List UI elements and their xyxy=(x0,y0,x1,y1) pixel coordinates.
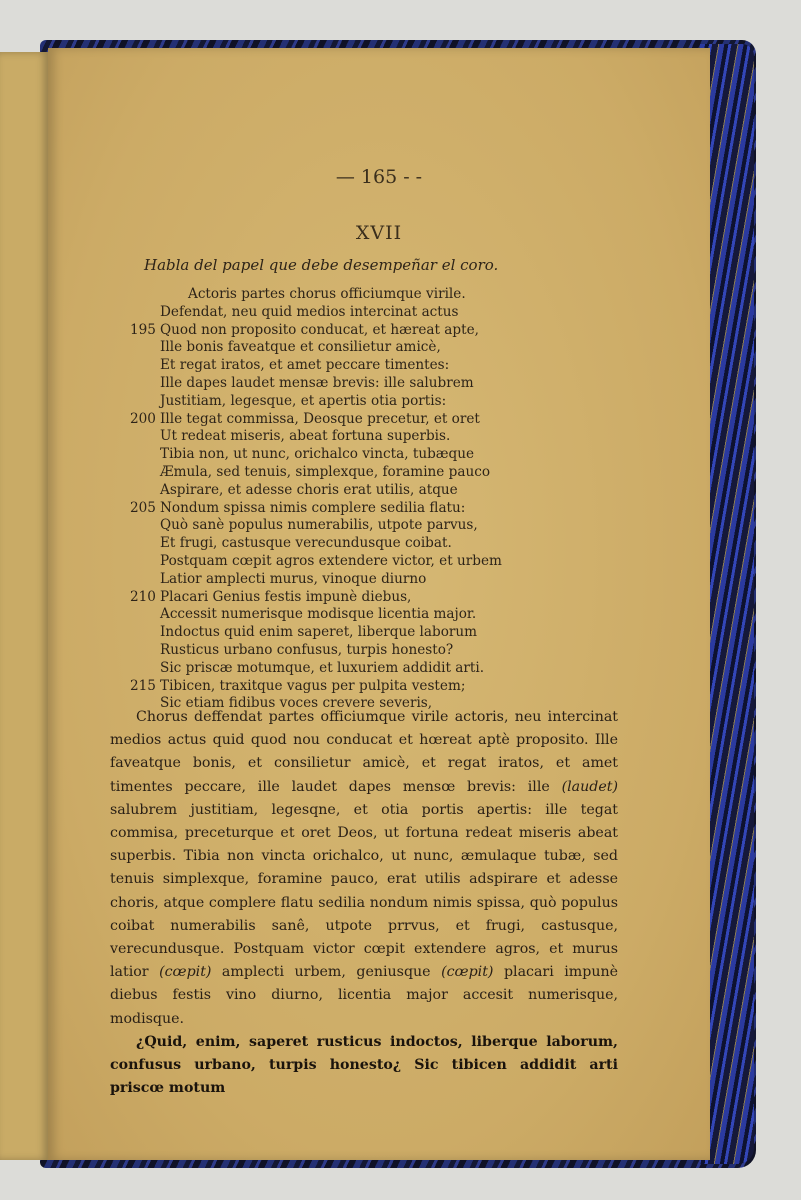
verse-text: Et regat iratos, et amet peccare timente… xyxy=(160,357,449,375)
verse-line: Aspirare, et adesse choris erat utilis, … xyxy=(112,482,572,500)
verse-text: Postquam cœpit agros extendere victor, e… xyxy=(160,553,502,571)
verse-line: Ut redeat miseris, abeat fortuna superbi… xyxy=(112,428,572,446)
verse-text: Quod non proposito conducat, et hæreat a… xyxy=(160,322,479,340)
verse-line: Tibia non, ut nunc, orichalco vincta, tu… xyxy=(112,446,572,464)
verse-line: Ille dapes laudet mensæ brevis: ille sal… xyxy=(112,375,572,393)
verse-line: Actoris partes chorus officiumque virile… xyxy=(112,286,572,304)
verse-text: Indoctus quid enim saperet, liberque lab… xyxy=(160,624,477,642)
verse-text: Sic priscæ motumque, et luxuriem addidit… xyxy=(160,660,484,678)
book-page: — 165 - - XVII Habla del papel que debe … xyxy=(48,48,710,1160)
verse-text: Aspirare, et adesse choris erat utilis, … xyxy=(160,482,458,500)
verse-line: Sic priscæ motumque, et luxuriem addidit… xyxy=(112,660,572,678)
verse-line: Et regat iratos, et amet peccare timente… xyxy=(112,357,572,375)
verse-line: 205Nondum spissa nimis complere sedilia … xyxy=(112,500,572,518)
verse-line: 200Ille tegat commissa, Deosque precetur… xyxy=(112,411,572,429)
left-page-edge xyxy=(0,52,48,1160)
verse-line: Indoctus quid enim saperet, liberque lab… xyxy=(112,624,572,642)
verse-number: 205 xyxy=(130,500,160,518)
spanish-prose-block: Chorus deffendat partes officiumque viri… xyxy=(110,706,618,1100)
chapter-subtitle: Habla del papel que debe desempeñar el c… xyxy=(144,256,498,274)
page-number: — 165 - - xyxy=(48,166,710,188)
verse-line: 195Quod non proposito conducat, et hærea… xyxy=(112,322,572,340)
verse-text: Nondum spissa nimis complere sedilia fla… xyxy=(160,500,465,518)
verse-line: Latior amplecti murus, vinoque diurno xyxy=(112,571,572,589)
verse-line: Æmula, sed tenuis, simplexque, foramine … xyxy=(112,464,572,482)
verse-text: Ut redeat miseris, abeat fortuna superbi… xyxy=(160,428,450,446)
latin-verse-block: Actoris partes chorus officiumque virile… xyxy=(112,286,572,713)
verse-text: Quò sanè populus numerabilis, utpote par… xyxy=(160,517,478,535)
prose-paragraph-1: Chorus deffendat partes officiumque viri… xyxy=(110,706,618,1031)
verse-text: Placari Genius festis impunè diebus, xyxy=(160,589,411,607)
verse-line: Postquam cœpit agros extendere victor, e… xyxy=(112,553,572,571)
verse-number: 195 xyxy=(130,322,160,340)
verse-text: Æmula, sed tenuis, simplexque, foramine … xyxy=(160,464,490,482)
verse-text: Justitiam, legesque, et apertis otia por… xyxy=(160,393,446,411)
verse-line: Defendat, neu quid medios intercinat act… xyxy=(112,304,572,322)
verse-text: Tibia non, ut nunc, orichalco vincta, tu… xyxy=(160,446,474,464)
verse-text: Actoris partes chorus officiumque virile… xyxy=(188,286,466,304)
chapter-heading: XVII xyxy=(48,222,710,244)
verse-line: 215Tibicen, traxitque vagus per pulpita … xyxy=(112,678,572,696)
verse-text: Ille dapes laudet mensæ brevis: ille sal… xyxy=(160,375,474,393)
verse-line: Et frugi, castusque verecundusque coibat… xyxy=(112,535,572,553)
verse-line: Justitiam, legesque, et apertis otia por… xyxy=(112,393,572,411)
verse-line: Rusticus urbano confusus, turpis honesto… xyxy=(112,642,572,660)
verse-text: Ille bonis faveatque et consilietur amic… xyxy=(160,339,441,357)
verse-text: Et frugi, castusque verecundusque coibat… xyxy=(160,535,452,553)
verse-line: Ille bonis faveatque et consilietur amic… xyxy=(112,339,572,357)
verse-number: 215 xyxy=(130,678,160,696)
verse-line: Quò sanè populus numerabilis, utpote par… xyxy=(112,517,572,535)
verse-line: Accessit numerisque modisque licentia ma… xyxy=(112,606,572,624)
verse-text: Rusticus urbano confusus, turpis honesto… xyxy=(160,642,453,660)
verse-line: 210Placari Genius festis impunè diebus, xyxy=(112,589,572,607)
verse-text: Latior amplecti murus, vinoque diurno xyxy=(160,571,426,589)
verse-number: 200 xyxy=(130,411,160,429)
prose-paragraph-2: ¿Quid, enim, saperet rusticus indoctos, … xyxy=(110,1031,618,1101)
verse-text: Tibicen, traxitque vagus per pulpita ves… xyxy=(160,678,465,696)
verse-text: Accessit numerisque modisque licentia ma… xyxy=(160,606,476,624)
verse-text: Defendat, neu quid medios intercinat act… xyxy=(160,304,458,322)
verse-text: Ille tegat commissa, Deosque precetur, e… xyxy=(160,411,480,429)
verse-number: 210 xyxy=(130,589,160,607)
